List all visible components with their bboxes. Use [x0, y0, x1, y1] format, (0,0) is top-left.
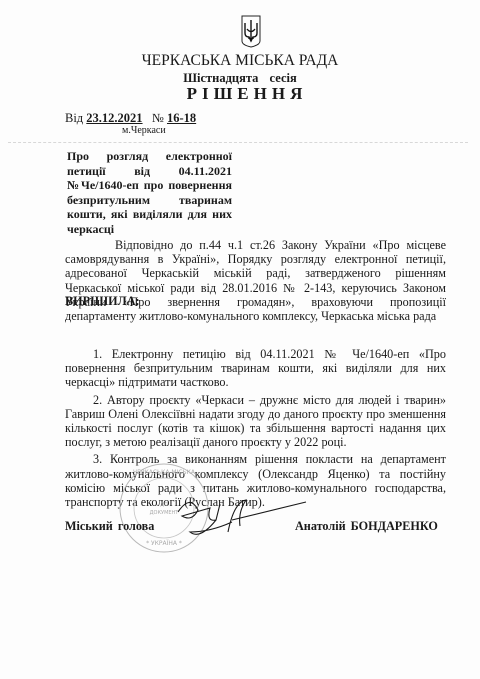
- document-type: РІШЕННЯ: [0, 84, 480, 104]
- resolved-label: ВИРІШИЛА:: [65, 294, 140, 309]
- preamble: Відповідно до п.44 ч.1 ст.26 Закону Укра…: [65, 238, 446, 323]
- svg-text:ДП: ДП: [160, 502, 168, 508]
- council-title: ЧЕРКАСЬКА МІСЬКА РАДА: [0, 52, 480, 70]
- trident-emblem-icon: [241, 15, 261, 48]
- city: м.Черкаси: [122, 125, 166, 136]
- handwritten-signature-icon: [170, 492, 310, 542]
- decision-number: 16-18: [167, 111, 196, 125]
- signatory-position: Міський голова: [65, 519, 154, 534]
- decision-date: 23.12.2021: [86, 111, 142, 125]
- decision-item: 1. Електронну петицію від 04.11.2021 № Ч…: [65, 347, 446, 390]
- session-number: Шістнадцята: [183, 71, 258, 85]
- document-page: ЧЕРКАСЬКА МІСЬКА РАДА Шістнадцята сесія …: [0, 0, 480, 679]
- from-label: Від: [65, 111, 83, 125]
- signatory-name: Анатолій БОНДАРЕНКО: [295, 519, 438, 534]
- dateline: Від 23.12.2021 № 16-18: [65, 111, 196, 126]
- svg-text:ЧЕРКАСЬКА МІСЬКА: ЧЕРКАСЬКА МІСЬКА: [133, 469, 196, 476]
- divider: [8, 142, 468, 143]
- number-label: №: [152, 111, 164, 125]
- session-word: сесія: [270, 71, 297, 85]
- decision-subject: Про розгляд електронної петиції від 04.1…: [67, 149, 232, 237]
- decision-item: 2. Автору проєкту «Черкаси – дружнє міст…: [65, 393, 446, 450]
